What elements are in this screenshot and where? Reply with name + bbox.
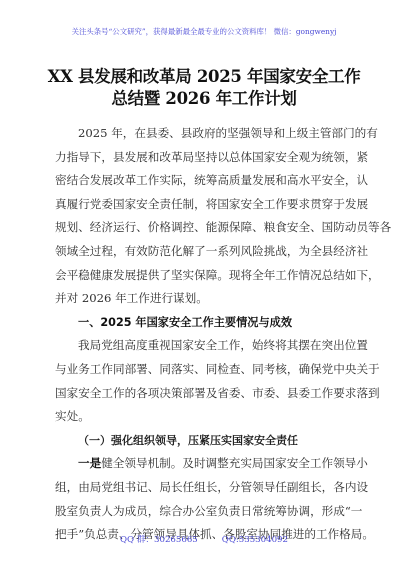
intro-line: 领域全过程，有效防范化解了一系列风险挑战，为全县经济社 [55,240,352,264]
intro-line: 规划、经济运行、价格调控、能源保障、粮食安全、国防动员等各 [55,216,352,240]
footer-qq: QQ:535304092 [222,535,288,545]
document-title-line-1: XX 县发展和改革局 2025 年国家安全工作 [0,63,408,87]
subsection-heading-1: （一）强化组织领导，压紧压实国家安全责任 [55,429,352,453]
intro-line: 并对 2026 年工作进行谋划。 [55,287,352,311]
document-body: 2025 年，在县委、县政府的坚强领导和上级主管部门的有 力指导下，县发展和改革… [55,122,352,547]
footer-watermark: QQ 群：30265665QQ:535304092 [0,533,408,545]
document-page: 关注头条号“公文研究”，获得最新最全最专业的公文资料库！ 微信：gongweny… [0,0,408,580]
lead-phrase: 一是 [78,456,101,470]
intro-line: 力指导下，县发展和改革局坚持以总体国家安全观为统领，紧 [55,146,352,170]
intro-line: 会平稳健康发展提供了坚实保障。现将全年工作情况总结如下， [55,264,352,288]
section1-line: 与业务工作同部署、同落实、同检查、同考核，确保党中央关于 [55,358,352,382]
intro-line: 真履行党委国家安全责任制，将国家安全工作要求贯穿于发展 [55,193,352,217]
section1-line: 国家安全工作的各项决策部署及省委、市委、县委工作要求落到 [55,382,352,406]
subsection1-first-line: 一是健全领导机制。及时调整充实局国家安全工作领导小 [55,452,352,476]
subsection1-first-line-text: 健全领导机制。及时调整充实局国家安全工作领导小 [101,456,368,470]
document-title-line-2: 总结暨 2026 年工作计划 [0,85,408,109]
section1-line: 实处。 [55,405,352,429]
section-heading-1: 一、2025 年国家安全工作主要情况与成效 [55,311,352,335]
subsection1-line: 组，由局党组书记、局长任组长，分管领导任副组长，各内设 [55,476,352,500]
footer-qq-group: QQ 群：30265665 [120,533,198,545]
intro-line: 密结合发展改革工作实际，统筹高质量发展和高水平安全，认 [55,169,352,193]
intro-line: 2025 年，在县委、县政府的坚强领导和上级主管部门的有 [55,122,352,146]
subsection1-line: 股室负责人为成员，综合办公室负责日常统筹协调，形成“一 [55,500,352,524]
header-watermark-banner: 关注头条号“公文研究”，获得最新最全最专业的公文资料库！ 微信：gongweny… [0,26,408,37]
section1-line: 我局党组高度重视国家安全工作，始终将其摆在突出位置 [55,334,352,358]
